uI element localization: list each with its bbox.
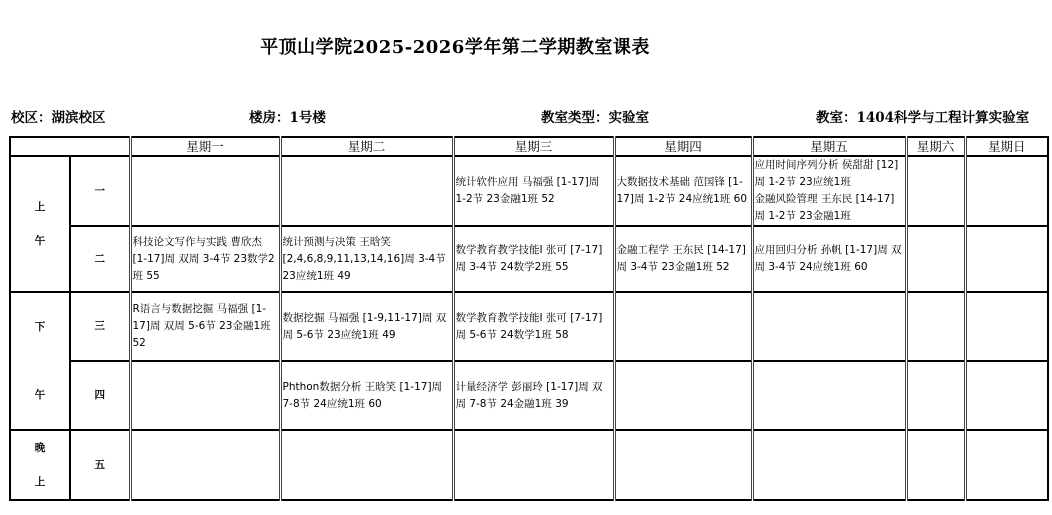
period-afternoon: 下 午 bbox=[10, 292, 70, 430]
course-cell: 应用时间序列分析 侯甜甜 [12]周 1-2节 23应统1班 金融风险管理 王东… bbox=[752, 156, 906, 226]
course-cell bbox=[906, 430, 965, 500]
course-cell bbox=[965, 226, 1048, 292]
course-cell bbox=[752, 292, 906, 361]
course-cell bbox=[130, 361, 280, 430]
course-cell: R语言与数据挖掘 马福强 [1-17]周 双周 5-6节 23金融1班 52 bbox=[130, 292, 280, 361]
course-cell bbox=[906, 156, 965, 226]
period-char: 晚 bbox=[12, 431, 68, 465]
slot-number: 五 bbox=[70, 430, 130, 500]
day-header-mon: 星期一 bbox=[130, 137, 280, 156]
period-char: 午 bbox=[12, 224, 68, 258]
slot-number: 一 bbox=[70, 156, 130, 226]
course-cell bbox=[614, 292, 752, 361]
course-cell bbox=[965, 156, 1048, 226]
table-row-slot-2: 二 科技论文写作与实践 曹欣杰 [1-17]周 双周 3-4节 23数学2班 5… bbox=[10, 226, 1048, 292]
course-cell: 数学教育教学技能I 张可 [7-17]周 5-6节 24数学1班 58 bbox=[453, 292, 614, 361]
campus-label: 校区：湖滨校区 bbox=[11, 106, 106, 126]
table-row-slot-4: 四 Phthon数据分析 王晗笑 [1-17]周 7-8节 24应统1班 60 … bbox=[10, 361, 1048, 430]
building-label: 楼房：1号楼 bbox=[249, 106, 326, 126]
period-evening: 晚 上 bbox=[10, 430, 70, 500]
course-cell bbox=[906, 226, 965, 292]
page-title: 平顶山学院2025-2026学年第二学期教室课表 bbox=[0, 33, 910, 59]
slot-number: 三 bbox=[70, 292, 130, 361]
course-cell bbox=[614, 361, 752, 430]
day-header-sun: 星期日 bbox=[965, 137, 1048, 156]
period-char: 上 bbox=[12, 465, 68, 499]
course-cell bbox=[280, 430, 453, 500]
day-header-thu: 星期四 bbox=[614, 137, 752, 156]
course-cell bbox=[130, 430, 280, 500]
course-cell bbox=[752, 361, 906, 430]
course-cell bbox=[965, 361, 1048, 430]
course-cell: Phthon数据分析 王晗笑 [1-17]周 7-8节 24应统1班 60 bbox=[280, 361, 453, 430]
course-entry: 应用时间序列分析 侯甜甜 [12]周 1-2节 23应统1班 bbox=[755, 157, 904, 191]
course-cell: 数据挖掘 马福强 [1-9,11-17]周 双周 5-6节 23应统1班 49 bbox=[280, 292, 453, 361]
table-row-slot-3: 下 午 三 R语言与数据挖掘 马福强 [1-17]周 双周 5-6节 23金融1… bbox=[10, 292, 1048, 361]
course-cell: 科技论文写作与实践 曹欣杰 [1-17]周 双周 3-4节 23数学2班 55 bbox=[130, 226, 280, 292]
slot-number: 二 bbox=[70, 226, 130, 292]
course-cell bbox=[752, 430, 906, 500]
course-cell: 大数据技术基础 范国锋 [1-17]周 1-2节 24应统1班 60 bbox=[614, 156, 752, 226]
course-cell bbox=[965, 292, 1048, 361]
period-char: 上 bbox=[12, 190, 68, 224]
course-cell: 金融工程学 王东民 [14-17]周 3-4节 23金融1班 52 bbox=[614, 226, 752, 292]
course-cell bbox=[965, 430, 1048, 500]
room-label: 教室：1404科学与工程计算实验室 bbox=[816, 106, 1029, 126]
course-cell bbox=[280, 156, 453, 226]
table-row-slot-5: 晚 上 五 bbox=[10, 430, 1048, 500]
period-morning: 上 午 bbox=[10, 156, 70, 292]
day-header-wed: 星期三 bbox=[453, 137, 614, 156]
header-row: 星期一 星期二 星期三 星期四 星期五 星期六 星期日 bbox=[10, 137, 1048, 156]
course-cell bbox=[906, 361, 965, 430]
slot-number: 四 bbox=[70, 361, 130, 430]
course-entry: 金融风险管理 王东民 [14-17]周 1-2节 23金融1班 bbox=[755, 191, 904, 225]
course-cell: 统计软件应用 马福强 [1-17]周 1-2节 23金融1班 52 bbox=[453, 156, 614, 226]
course-cell bbox=[906, 292, 965, 361]
course-cell: 应用回归分析 孙帆 [1-17]周 双周 3-4节 24应统1班 60 bbox=[752, 226, 906, 292]
timetable: 星期一 星期二 星期三 星期四 星期五 星期六 星期日 上 午 一 统计软件应用… bbox=[9, 136, 1049, 501]
day-header-tue: 星期二 bbox=[280, 137, 453, 156]
table-row-slot-1: 上 午 一 统计软件应用 马福强 [1-17]周 1-2节 23金融1班 52 … bbox=[10, 156, 1048, 226]
course-cell bbox=[130, 156, 280, 226]
period-char: 下 bbox=[12, 293, 68, 361]
day-header-sat: 星期六 bbox=[906, 137, 965, 156]
day-header-fri: 星期五 bbox=[752, 137, 906, 156]
period-char: 午 bbox=[12, 361, 68, 429]
corner-cell bbox=[10, 137, 130, 156]
course-cell bbox=[614, 430, 752, 500]
room-type-label: 教室类型：实验室 bbox=[541, 106, 649, 126]
course-cell: 数学教育教学技能I 张可 [7-17]周 3-4节 24数学2班 55 bbox=[453, 226, 614, 292]
course-cell bbox=[453, 430, 614, 500]
course-cell: 计量经济学 彭丽玲 [1-17]周 双周 7-8节 24金融1班 39 bbox=[453, 361, 614, 430]
course-cell: 统计预测与决策 王晗笑 [2,4,6,8,9,11,13,14,16]周 3-4… bbox=[280, 226, 453, 292]
